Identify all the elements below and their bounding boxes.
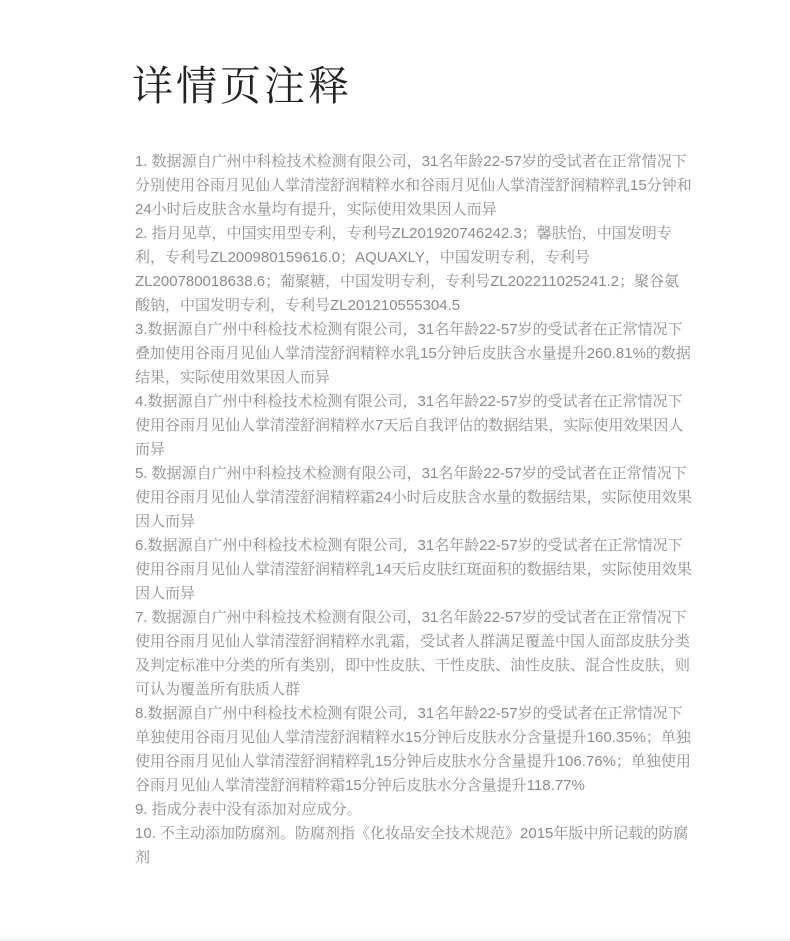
bottom-edge-shadow: [0, 934, 790, 941]
note-item: 1. 数据源自广州中科检技术检测有限公司，31名年龄22-57岁的受试者在正常情…: [135, 150, 693, 222]
notes-list: 1. 数据源自广州中科检技术检测有限公司，31名年龄22-57岁的受试者在正常情…: [135, 150, 693, 870]
note-item: 8.数据源自广州中科检技术检测有限公司，31名年龄22-57岁的受试者在正常情况…: [135, 702, 693, 798]
note-item: 6.数据源自广州中科检技术检测有限公司，31名年龄22-57岁的受试者在正常情况…: [135, 534, 693, 606]
note-item: 5. 数据源自广州中科检技术检测有限公司，31名年龄22-57岁的受试者在正常情…: [135, 462, 693, 534]
note-item: 2. 指月见草，中国实用型专利，专利号ZL201920746242.3；馨肤怡，…: [135, 222, 693, 318]
note-item: 9. 指成分表中没有添加对应成分。: [135, 798, 693, 822]
note-item: 3.数据源自广州中科检技术检测有限公司，31名年龄22-57岁的受试者在正常情况…: [135, 318, 693, 390]
note-item: 7. 数据源自广州中科检技术检测有限公司，31名年龄22-57岁的受试者在正常情…: [135, 606, 693, 702]
note-item: 4.数据源自广州中科检技术检测有限公司，31名年龄22-57岁的受试者在正常情况…: [135, 390, 693, 462]
note-item: 10. 不主动添加防腐剂。防腐剂指《化妆品安全技术规范》2015年版中所记载的防…: [135, 822, 693, 870]
page-title: 详情页注释: [132, 62, 352, 111]
detail-page-notes: 详情页注释 1. 数据源自广州中科检技术检测有限公司，31名年龄22-57岁的受…: [0, 0, 790, 941]
